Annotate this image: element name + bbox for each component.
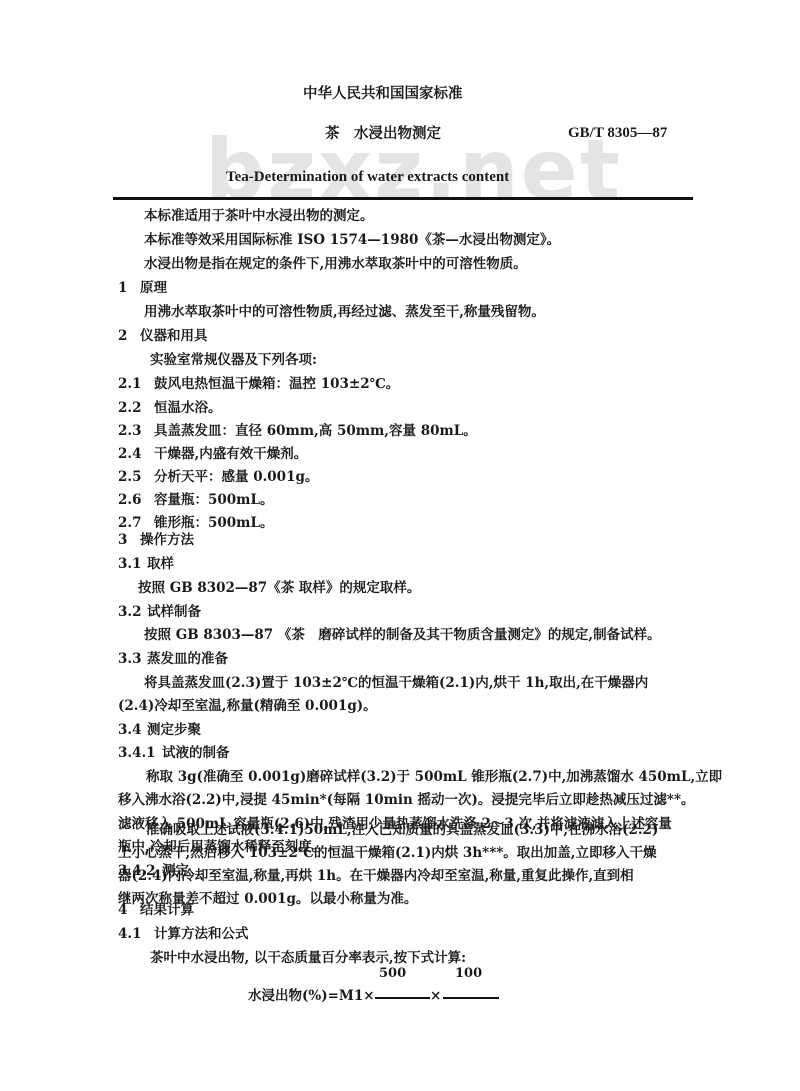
intro-line-1: 本标准适用于茶叶中水浸出物的测定。 bbox=[144, 208, 374, 224]
intro-line-3: 水浸出物是指在规定的条件下,用沸水萃取茶叶中的可溶性物质。 bbox=[144, 256, 527, 272]
formula-fraction-bar-2 bbox=[443, 997, 499, 999]
formula-times: × bbox=[430, 988, 441, 1004]
title-cn: 茶 水浸出物测定 bbox=[325, 125, 441, 142]
item-2-5-text: 分析天平：感量 0.001g。 bbox=[154, 469, 318, 485]
section-3-3-title: 蒸发皿的准备 bbox=[147, 651, 228, 667]
section-3-1-number: 3.1 bbox=[118, 556, 142, 572]
item-2-6-text: 容量瓶：500mL。 bbox=[154, 492, 273, 508]
section-3-4-number: 3.4 bbox=[118, 722, 142, 738]
item-2-4-number: 2.4 bbox=[118, 446, 142, 462]
section-3-4-title: 测定步聚 bbox=[147, 722, 201, 738]
section-3-3-number: 3.3 bbox=[118, 651, 142, 667]
formula-numerator-100: 100 bbox=[455, 966, 482, 981]
section-4-1-title: 计算方法和公式 bbox=[154, 926, 249, 942]
item-2-3-text: 具盖蒸发皿：直径 60mm,高 50mm,容量 80mL。 bbox=[154, 423, 477, 439]
section-4-number: 4 bbox=[118, 902, 127, 918]
formula-numerator-500: 500 bbox=[379, 966, 406, 981]
section-3-3-line-2: (2.4)冷却至室温,称量(精确至 0.001g)。 bbox=[118, 698, 377, 714]
section-3-4-1-line-1: 称取 3g(准确至 0.001g)磨碎试样(3.2)于 500mL 锥形瓶(2.… bbox=[146, 769, 722, 785]
section-2-number: 2 bbox=[118, 328, 127, 344]
formula-fraction-bar-1 bbox=[375, 997, 430, 999]
section-1-body: 用沸水萃取茶叶中的可溶性物质,再经过滤、蒸发至干,称量残留物。 bbox=[144, 304, 545, 320]
national-standard-heading: 中华人民共和国国家标准 bbox=[303, 85, 463, 102]
standard-code: GB/T 8305—87 bbox=[568, 124, 667, 142]
section-3-title: 操作方法 bbox=[140, 532, 194, 548]
section-3-4-1-line-2: 移入沸水浴(2.2)中,浸提 45min*(每隔 10min 摇动一次)。浸提完… bbox=[118, 792, 695, 808]
section-3-4-2-line-1: 准确吸取上述试液(3.4.1)50mL,注入已知质量的具盖蒸发皿(3.3)中,在… bbox=[146, 822, 658, 838]
section-2-body: 实验室常规仪器及下列各项: bbox=[150, 352, 317, 368]
section-2-title: 仪器和用具 bbox=[140, 328, 208, 344]
section-3-4-1-number: 3.4.1 bbox=[118, 745, 156, 761]
section-1-title: 原理 bbox=[140, 280, 167, 296]
item-2-2-number: 2.2 bbox=[118, 400, 142, 416]
section-4-title: 结果计算 bbox=[140, 902, 194, 918]
document-page: bzxz.net 中华人民共和国国家标准 茶 水浸出物测定 GB/T 8305—… bbox=[0, 0, 800, 1091]
item-2-2-text: 恒温水浴。 bbox=[154, 400, 222, 416]
section-3-4-2-line-2: 上小心蒸干,然后移入 103±2℃的恒温干燥箱(2.1)内烘 3h***。取出加… bbox=[118, 845, 657, 861]
item-2-4-text: 干燥器,内盛有效干燥剂。 bbox=[154, 446, 307, 462]
item-2-7-text: 锥形瓶：500mL。 bbox=[154, 515, 273, 531]
section-1-number: 1 bbox=[118, 280, 127, 296]
section-3-number: 3 bbox=[118, 532, 127, 548]
title-en: Tea-Determination of water extracts cont… bbox=[226, 168, 509, 186]
section-3-4-2-line-3: 器(2.4)内冷却至室温,称量,再烘 1h。在干燥器内冷却至室温,称量,重复此操… bbox=[118, 868, 634, 884]
intro-line-2: 本标准等效采用国际标准 ISO 1574—1980《茶—水浸出物测定》。 bbox=[144, 232, 560, 248]
item-2-5-number: 2.5 bbox=[118, 469, 142, 485]
formula-lhs: 水浸出物(%)=M1× bbox=[248, 988, 375, 1004]
section-3-2-number: 3.2 bbox=[118, 604, 142, 620]
section-3-2-body: 按照 GB 8303—87 《茶 磨碎试样的制备及其干物质含量测定》的规定,制备… bbox=[144, 627, 661, 643]
item-2-3-number: 2.3 bbox=[118, 423, 142, 439]
item-2-6-number: 2.6 bbox=[118, 492, 142, 508]
section-4-1-number: 4.1 bbox=[118, 926, 142, 942]
item-2-7-number: 2.7 bbox=[118, 515, 142, 531]
header-rule bbox=[113, 197, 693, 200]
section-4-1-body: 茶叶中水浸出物, 以干态质量百分率表示,按下式计算: bbox=[150, 950, 466, 966]
section-3-1-body: 按照 GB 8302—87《茶 取样》的规定取样。 bbox=[138, 580, 420, 596]
item-2-1-number: 2.1 bbox=[118, 376, 142, 392]
section-3-4-1-title: 试液的制备 bbox=[162, 745, 230, 761]
section-3-3-line-1: 将具盖蒸发皿(2.3)置于 103±2℃的恒温干燥箱(2.1)内,烘干 1h,取… bbox=[144, 675, 648, 691]
section-3-2-title: 试样制备 bbox=[147, 604, 201, 620]
section-3-1-title: 取样 bbox=[147, 556, 174, 572]
item-2-1-text: 鼓风电热恒温干燥箱：温控 103±2℃。 bbox=[154, 376, 399, 392]
